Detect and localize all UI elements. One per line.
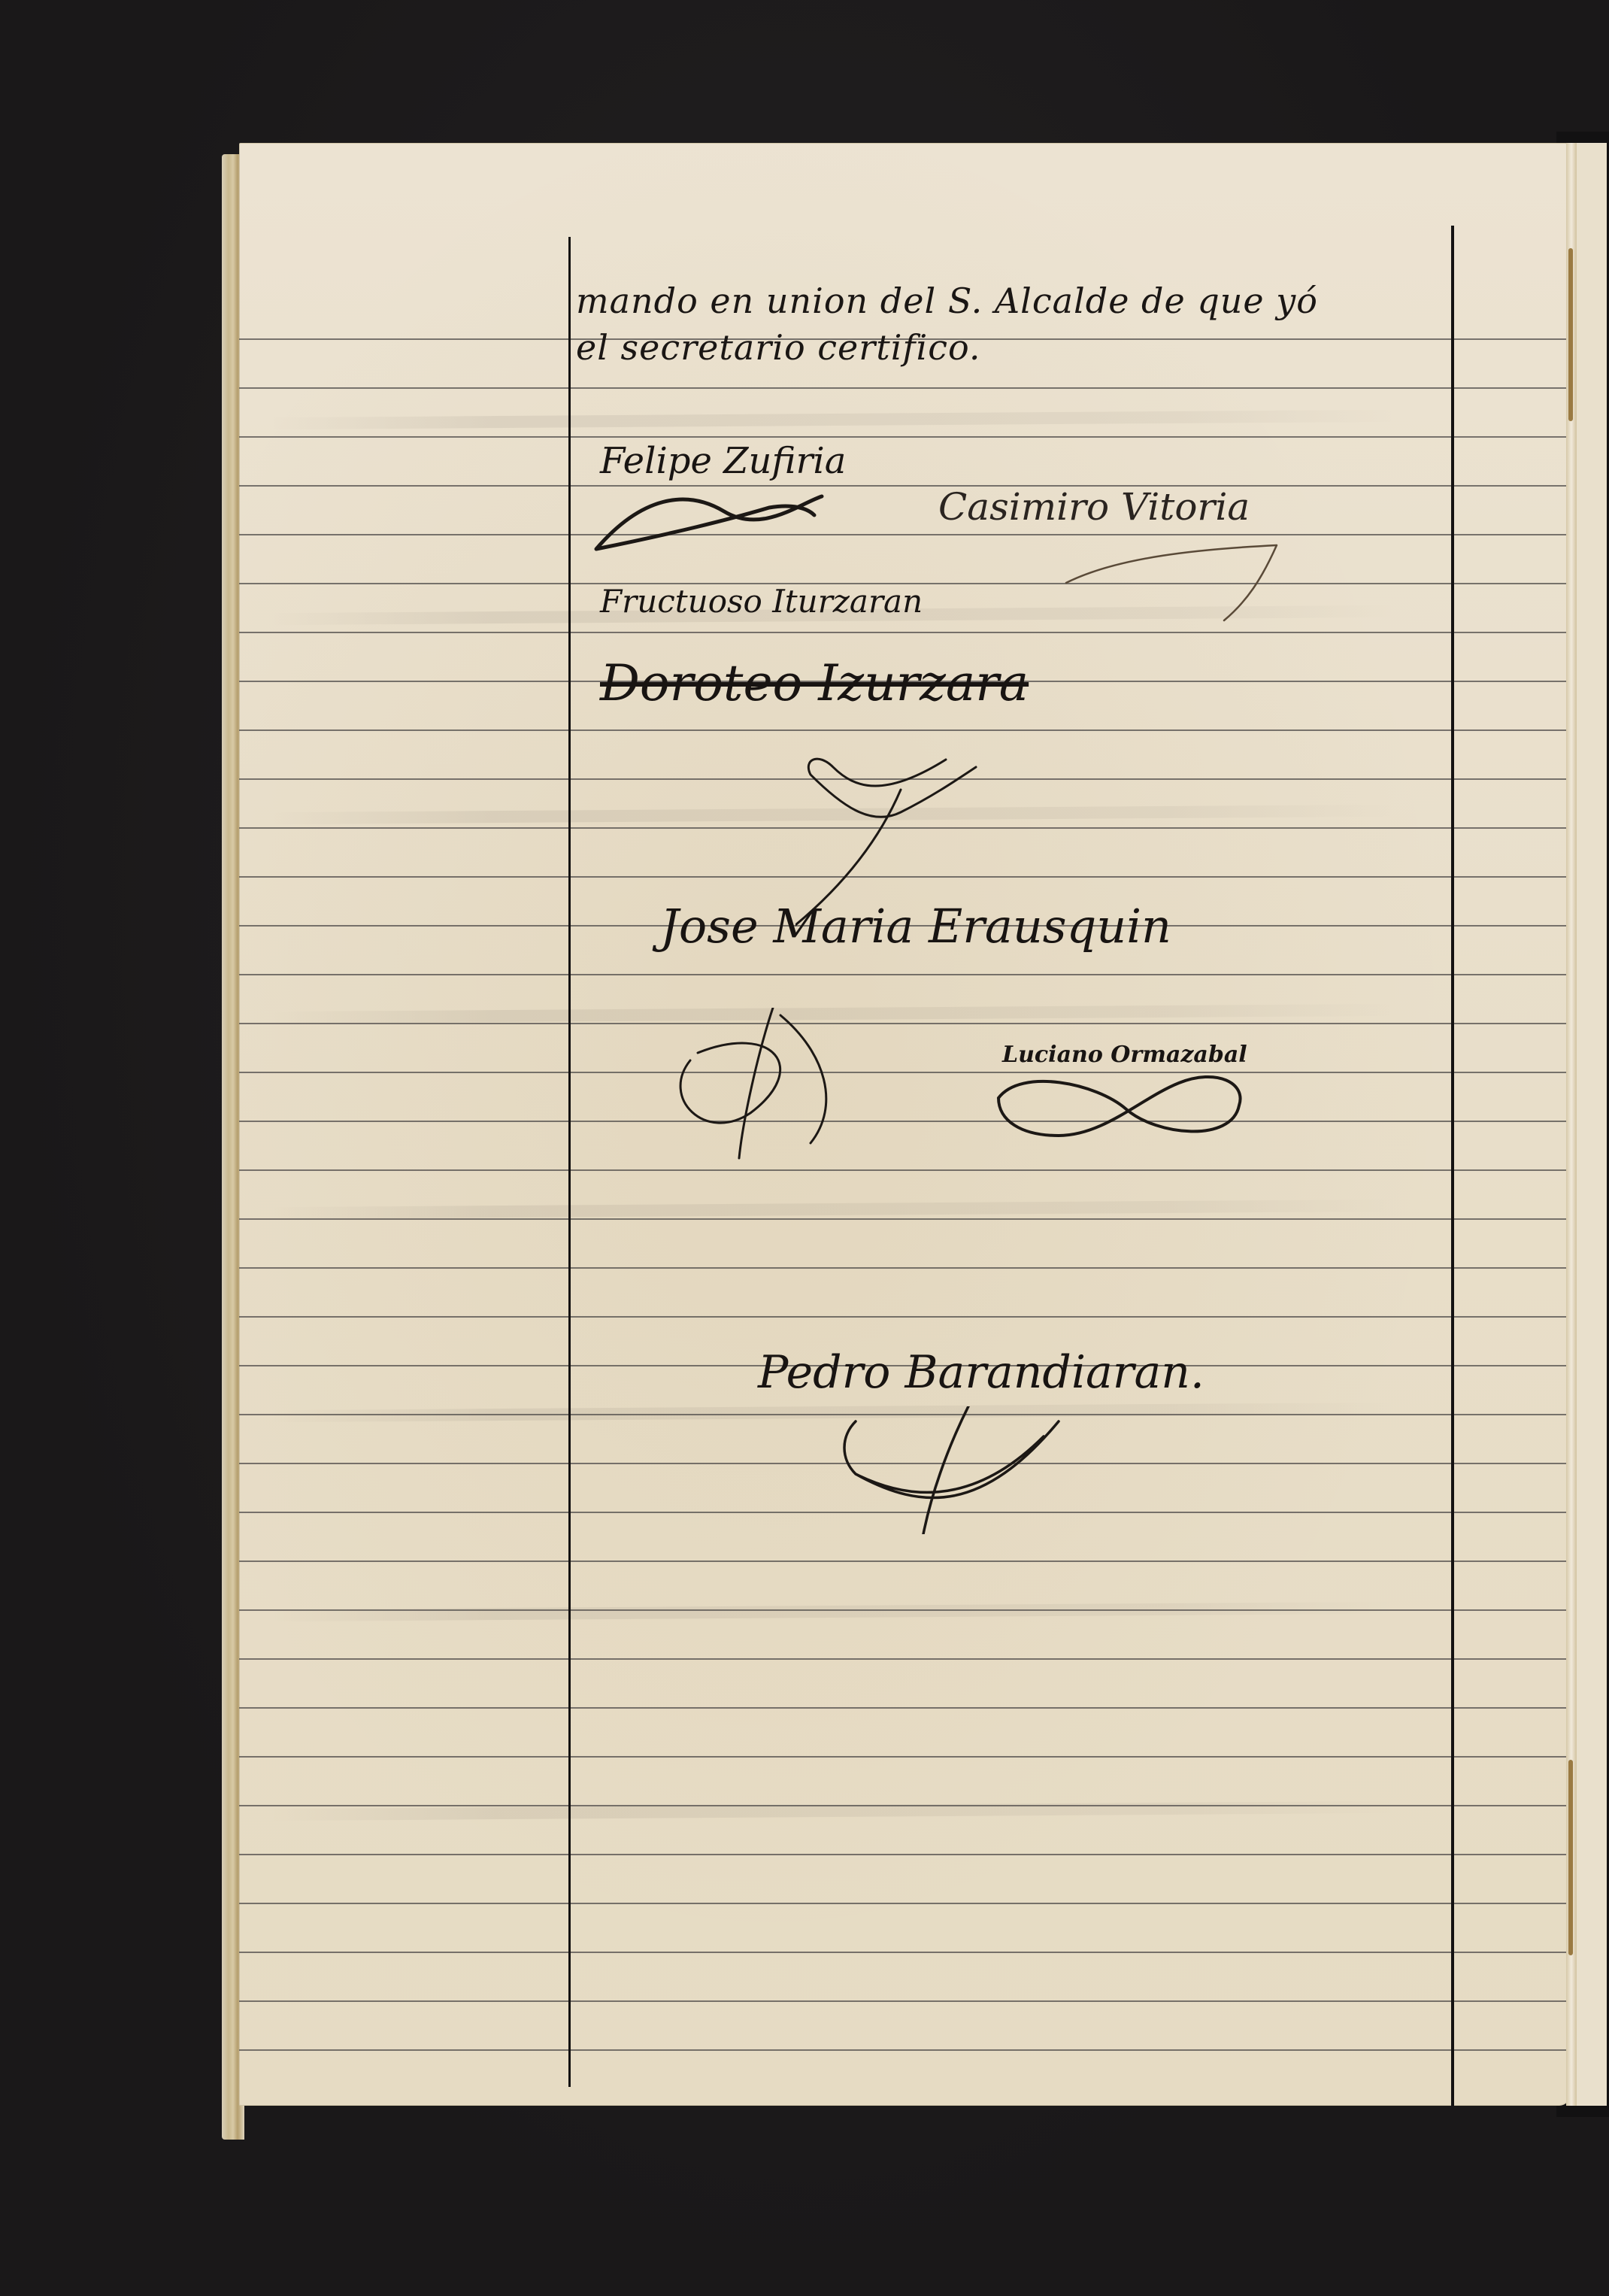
signature-flourish (1051, 519, 1337, 632)
signature-rubric (660, 1008, 886, 1166)
signature-fructuoso-iturzaran: Fructuoso Iturzaran (600, 583, 923, 620)
signature-pedro-barandiaran: Pedro Barandiaran. (758, 1346, 1204, 1399)
signature-doroteo-izurzara: Doroteo Izurzara (600, 654, 1029, 712)
signature-flourish (581, 474, 829, 564)
bleed-through (269, 1200, 1397, 1219)
body-text-line-1: mando en union del S. Alcalde de que yó (576, 281, 1318, 321)
binding-thread (1568, 248, 1573, 421)
facing-page-edge (1577, 143, 1607, 2106)
signature-jose-maria-erausquin: Jose Maria Erausquin (660, 899, 1171, 954)
bleed-through (269, 1602, 1397, 1621)
left-margin-line (568, 237, 571, 2087)
binding-thread (1568, 1760, 1573, 1955)
body-text-line-2: el secretario certifico. (576, 327, 980, 368)
signature-flourish (833, 1406, 1074, 1534)
bleed-through (269, 410, 1397, 429)
signature-flourish (991, 1068, 1262, 1151)
signature-luciano-ormazabal: Luciano Ormazabal (1002, 1042, 1247, 1068)
ledger-page: mando en union del S. Alcalde de que yó … (239, 143, 1570, 2106)
right-margin-line (1451, 226, 1454, 2106)
bleed-through (269, 1801, 1397, 1821)
